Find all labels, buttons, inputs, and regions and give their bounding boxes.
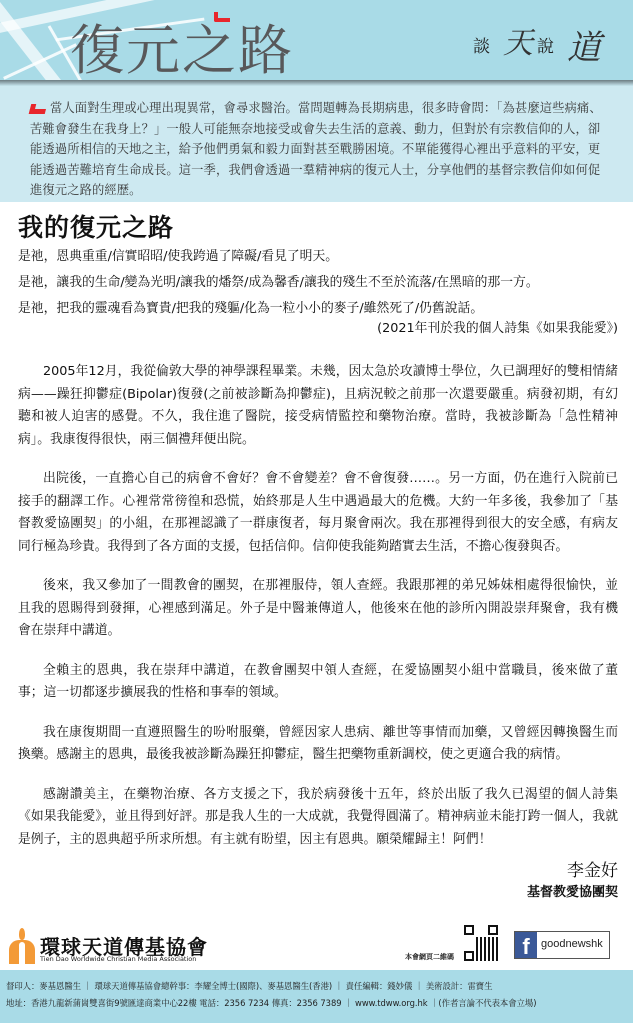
poem-line: 是祂，讓我的生命/變為光明/讓我的燔祭/成為馨香/讓我的殘生不至於流落/在黑暗的… <box>18 274 618 291</box>
intro-box: 當人面對生理或心理出現異常，會尋求醫治。當問題轉為長期病患，很多時會問：「為甚麼… <box>0 86 633 202</box>
qr-code-label: 本會網頁二維碼 <box>405 952 454 962</box>
footer-logos: 環球天道傳基協會 Tien Dao Worldwide Christian Me… <box>0 925 633 970</box>
facebook-icon: f <box>515 932 537 958</box>
article-paragraph: 出院後，一直擔心自己的病會不會好？會不會變差？會不會復發……。另一方面，仍在進行… <box>18 468 618 558</box>
org-flame-logo-icon <box>9 928 35 964</box>
red-quote-mark-icon <box>29 104 47 114</box>
article: 我的復元之路 是祂，恩典重重/信實昭昭/使我跨過了障礙/看見了明天。 是祂，讓我… <box>18 212 618 903</box>
poem-line: 是祂，恩典重重/信實昭昭/使我跨過了障礙/看見了明天。 <box>18 248 618 265</box>
logo-char: 說 <box>537 32 554 57</box>
brand-calligraphy-logo: 談 天 說 道 <box>465 18 615 70</box>
article-paragraph: 全賴主的恩典，我在崇拜中講道，在教會團契中領人查經，在愛協團契小組中當職員，後來… <box>18 660 618 705</box>
article-paragraph: 感謝讚美主，在藥物治療、各方支援之下，我於病發後十五年，終於出版了我久已渴望的個… <box>18 784 618 852</box>
logo-char: 天 <box>503 18 533 62</box>
column-title: 復元之路 <box>70 8 294 80</box>
qr-code-icon[interactable] <box>464 925 498 961</box>
author-organization: 基督教愛協團契 <box>18 883 618 903</box>
red-accent-stroke-icon <box>214 12 230 22</box>
article-title: 我的復元之路 <box>18 212 618 244</box>
author-name: 李金好 <box>18 859 618 883</box>
logo-char: 道 <box>567 20 601 69</box>
poem-source: (2021年刊於我的個人詩集《如果我能愛》) <box>18 320 618 337</box>
org-name-english: Tien Dao Worldwide Christian Media Assoc… <box>40 955 196 963</box>
facebook-link[interactable]: f goodnewshk <box>514 931 610 959</box>
intro-text: 當人面對生理或心理出現異常，會尋求醫治。當問題轉為長期病患，很多時會問：「為甚麼… <box>30 98 603 201</box>
header-banner: 復元之路 談 天 說 道 <box>0 0 633 80</box>
decorative-stripe <box>3 43 77 80</box>
credits-line: 督印人：麥基恩醫生 ｜ 環球天道傳基協會總幹事：李耀全博士(國際)、麥基恩醫生(… <box>6 978 627 995</box>
article-paragraph: 2005年12月，我從倫敦大學的神學課程畢業。未幾，因太急於攻讀博士學位，久已調… <box>18 361 618 451</box>
address-line: 地址：香港九龍新蒲崗雙喜街9號匯達商業中心22樓 電話：2356 7234 傳真… <box>6 995 627 1012</box>
footer-credits-bar: 督印人：麥基恩醫生 ｜ 環球天道傳基協會總幹事：李耀全博士(國際)、麥基恩醫生(… <box>0 970 633 1023</box>
facebook-handle: goodnewshk <box>541 938 603 950</box>
article-paragraph: 後來，我又參加了一間教會的團契，在那裡服侍，領人查經。我跟那裡的弟兄姊妹相處得很… <box>18 575 618 643</box>
logo-char: 談 <box>473 32 490 57</box>
poem-line: 是祂，把我的靈魂看為寶貴/把我的殘軀/化為一粒小小的麥子/雖然死了/仍舊說話。 <box>18 300 618 317</box>
article-paragraph: 我在康復期間一直遵照醫生的吩咐服藥，曾經因家人患病、離世等事情而加藥，又曾經因轉… <box>18 722 618 767</box>
column-title-text: 復元之路 <box>70 19 294 80</box>
author-signature: 李金好 基督教愛協團契 <box>18 859 618 903</box>
